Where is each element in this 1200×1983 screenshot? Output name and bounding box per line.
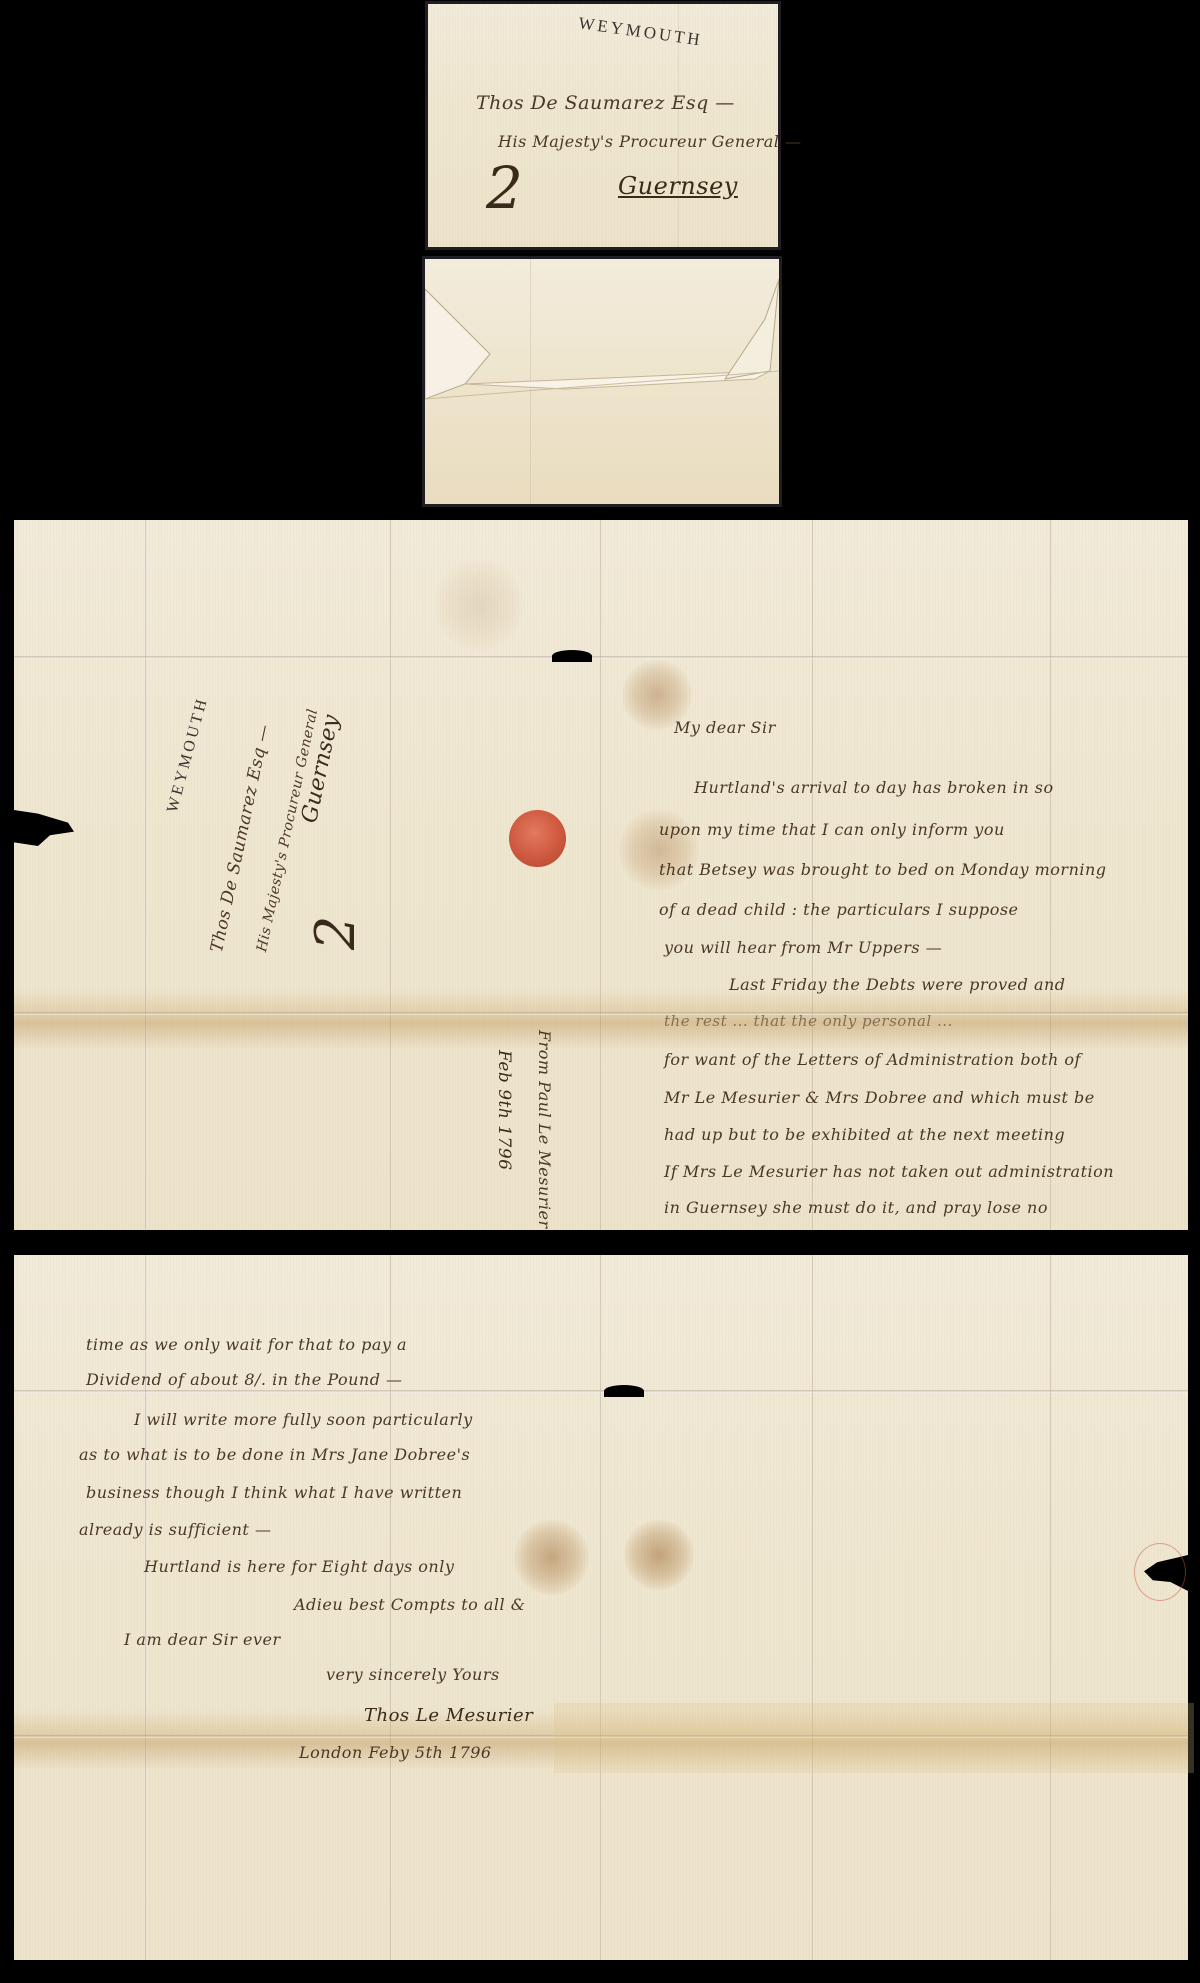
salutation: My dear Sir [674,718,776,737]
address-panel: WEYMOUTH Thos De Saumarez Esq — His Maje… [149,660,389,990]
letter-sheet-1: WEYMOUTH Thos De Saumarez Esq — His Maje… [14,520,1188,1230]
address-line-3: Guernsey [618,172,738,200]
letter-line: in Guernsey she must do it, and pray los… [664,1198,1048,1217]
letter-line: for want of the Letters of Administratio… [664,1050,1081,1069]
valediction: very sincerely Yours [326,1665,500,1684]
closing-adieu: Adieu best Compts to all & [294,1595,525,1614]
letter-line: Hurtland's arrival to day has broken in … [694,778,1054,797]
fold-line [145,1255,147,1960]
letter-line: of a dead child : the particulars I supp… [659,900,1019,919]
stain-band [14,990,1188,1050]
letter-line: had up but to be exhibited at the next m… [664,1125,1065,1144]
signature: Thos Le Mesurier [364,1705,533,1726]
fold-line [1050,1255,1052,1960]
fold-line [14,1390,1188,1393]
letter-line: already is sufficient — [79,1520,271,1539]
letter-sheet-2: time as we only wait for that to pay a D… [14,1255,1188,1960]
fold-line [600,520,602,1230]
tear [14,810,74,846]
letter-line: as to what is to be done in Mrs Jane Dob… [79,1445,470,1464]
fold-line [14,656,1188,659]
letter-line: Mr Le Mesurier & Mrs Dobree and which mu… [664,1088,1095,1107]
closing-line: I am dear Sir ever [124,1630,281,1649]
fold-line [812,1255,814,1960]
weymouth-postmark: WEYMOUTH [164,695,212,815]
docket-line-1: From Paul Le Mesurier [535,1030,554,1229]
letter-line: Last Friday the Debts were proved and [729,975,1066,994]
letter-line: the rest ... that the only personal ... [664,1012,953,1030]
stain [434,560,524,650]
fold-line [14,1012,1188,1015]
letter-line: I will write more fully soon particularl… [134,1410,473,1429]
docket-line-2: Feb 9th 1796 [494,1050,514,1170]
envelope-front-panel: WEYMOUTH Thos De Saumarez Esq — His Maje… [428,4,778,247]
fold-line [600,1255,602,1960]
letter-line: Dividend of about 8/. in the Pound — [86,1370,403,1389]
letter-line: business though I think what I have writ… [86,1483,462,1502]
fold-line [145,520,147,1230]
letter-line: If Mrs Le Mesurier has not taken out adm… [664,1162,1114,1181]
rate-mark: 2 [486,154,523,222]
stain [624,1520,694,1590]
wax-seal [509,810,566,867]
rate-mark: 2 [304,915,367,950]
tear [604,1385,644,1397]
letter-line: Hurtland is here for Eight days only [144,1557,454,1576]
address-line-2: His Majesty's Procureur General — [498,132,801,151]
letter-line: you will hear from Mr Uppers — [664,938,942,957]
letter-line: upon my time that I can only inform you [659,820,1005,839]
flap-shape [425,259,779,504]
letter-line: that Betsey was brought to bed on Monday… [659,860,1107,879]
stain [514,1520,589,1595]
fold-line [390,520,392,1230]
weymouth-postmark: WEYMOUTH [577,13,704,50]
tear [552,650,592,662]
tape-residue [554,1703,1194,1773]
envelope-back-panel [425,259,779,504]
address-line-1: Thos De Saumarez Esq — [476,92,735,114]
letter-line: time as we only wait for that to pay a [86,1335,407,1354]
tear-wax-trace [1134,1543,1186,1601]
place-date: London Feby 5th 1796 [299,1743,492,1762]
